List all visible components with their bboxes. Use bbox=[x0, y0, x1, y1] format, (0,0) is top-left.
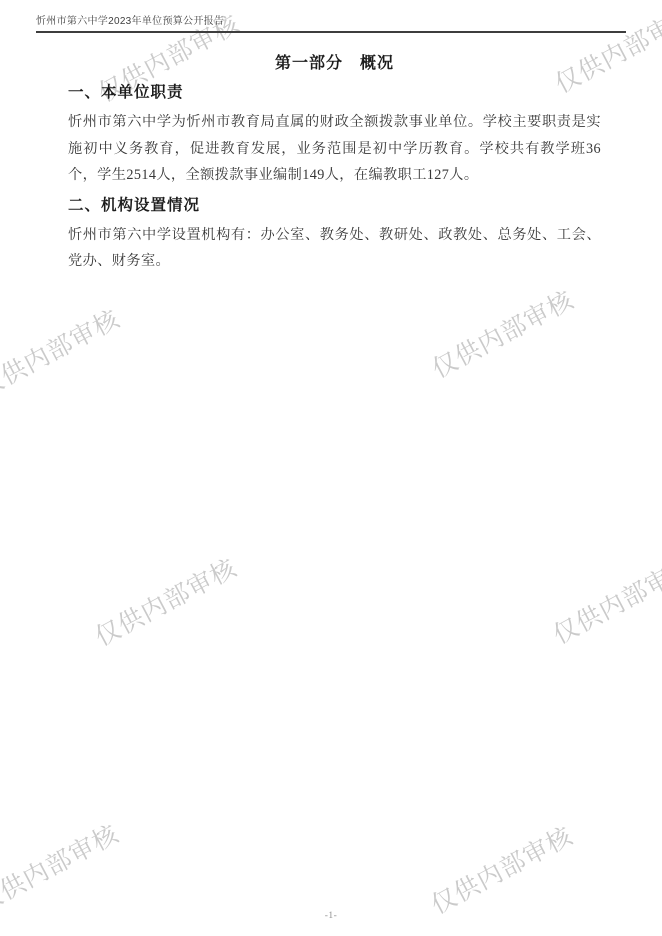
page-footer: -1- bbox=[0, 905, 662, 923]
section-paragraph-1: 忻州市第六中学为忻州市教育局直属的财政全额拨款事业单位。学校主要职责是实施初中义… bbox=[68, 109, 601, 189]
page-header: 忻州市第六中学2023年单位预算公开报告 bbox=[36, 0, 626, 33]
watermark-text: 仅供内部审核 bbox=[0, 814, 124, 919]
watermark-text: 仅供内部审核 bbox=[88, 548, 243, 653]
page-number: -1- bbox=[325, 911, 338, 921]
header-title: 忻州市第六中学2023年单位预算公开报告 bbox=[36, 12, 626, 31]
section-paragraph-2: 忻州市第六中学设置机构有：办公室、教务处、教研处、政教处、总务处、工会、党办、财… bbox=[68, 222, 601, 275]
watermark-text: 仅供内部审核 bbox=[425, 280, 580, 385]
watermark-text: 仅供内部审核 bbox=[546, 546, 662, 651]
section-heading-1: 一、本单位职责 bbox=[68, 83, 601, 102]
section-heading-2: 二、机构设置情况 bbox=[68, 196, 601, 215]
document-title: 第一部分 概况 bbox=[68, 52, 601, 76]
document-page: 仅供内部审核 仅供内部审核 仅供内部审核 仅供内部审核 仅供内部审核 仅供内部审… bbox=[0, 0, 662, 936]
watermark-text: 仅供内部审核 bbox=[0, 299, 125, 404]
document-body: 第一部分 概况 一、本单位职责 忻州市第六中学为忻州市教育局直属的财政全额拨款事… bbox=[68, 52, 601, 275]
